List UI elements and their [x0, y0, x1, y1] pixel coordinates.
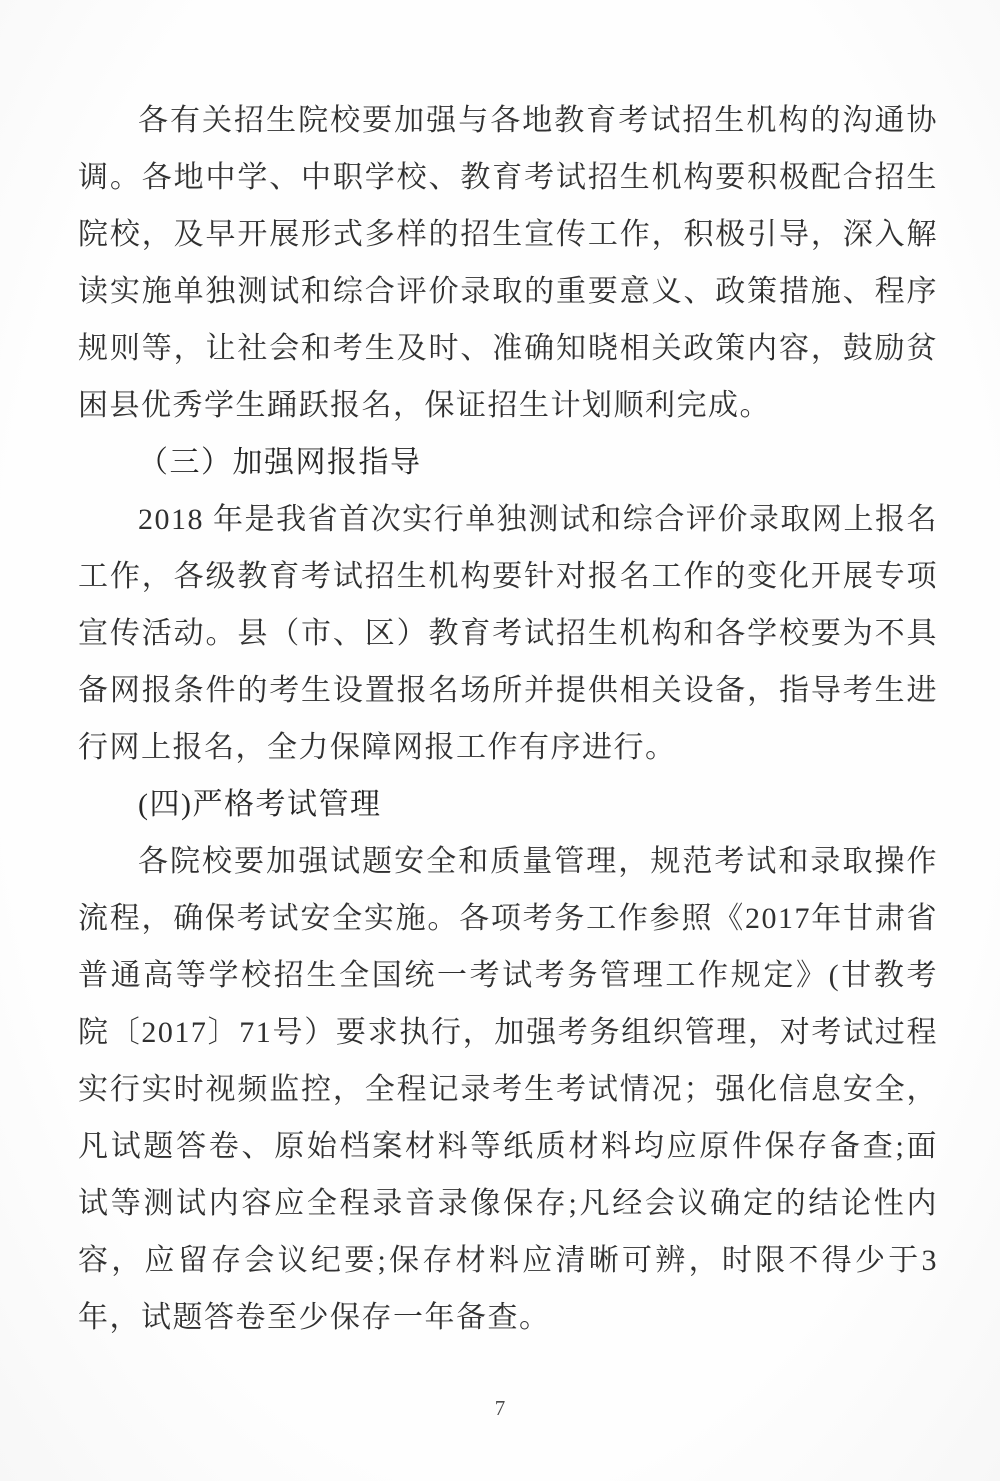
page-number: 7 — [0, 1396, 1000, 1421]
body-paragraph: 各院校要加强试题安全和质量管理，规范考试和录取操作流程，确保考试安全实施。各项考… — [78, 833, 938, 1346]
body-paragraph: 2018 年是我省首次实行单独测试和综合评价录取网上报名工作，各级教育考试招生机… — [78, 491, 938, 776]
section-heading: (四)严格考试管理 — [78, 776, 938, 833]
document-page: 各有关招生院校要加强与各地教育考试招生机构的沟通协调。各地中学、中职学校、教育考… — [0, 0, 1000, 1481]
body-paragraph: 各有关招生院校要加强与各地教育考试招生机构的沟通协调。各地中学、中职学校、教育考… — [78, 92, 938, 434]
section-heading: （三）加强网报指导 — [78, 434, 938, 491]
document-body: 各有关招生院校要加强与各地教育考试招生机构的沟通协调。各地中学、中职学校、教育考… — [78, 92, 938, 1346]
